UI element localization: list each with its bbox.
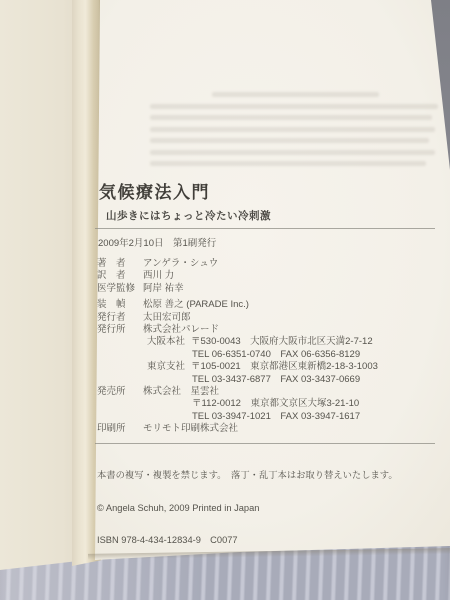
phone-fax: TEL 03-3437-6877 FAX 03-3437-0669	[192, 374, 360, 386]
credit-row-author: 著 者 アンゲラ・シュウ	[97, 258, 435, 270]
address-row-tokyo: 東京支社 〒105-0021 東京都港区東新橋2-18-3-1003	[97, 361, 435, 373]
showthrough-text	[150, 92, 438, 173]
credit-value: 松原 善之 (PARADE Inc.)	[143, 299, 249, 311]
colophon-block: 気候療法入門 山歩きにはちょっと冷たい冷刺激 2009年2月10日 第1刷発行 …	[97, 183, 435, 568]
showthrough-line	[150, 115, 432, 120]
credit-value: 西川 力	[143, 270, 174, 282]
office-address: 〒530-0043 大阪府大阪市北区天満2-7-12	[191, 336, 373, 348]
showthrough-line	[150, 104, 438, 109]
showthrough-line	[212, 92, 379, 97]
address-row-distributor: 〒112-0012 東京都文京区大塚3-21-10	[97, 398, 435, 410]
phone-row-distributor: TEL 03-3947-1021 FAX 03-3947-1617	[97, 411, 435, 423]
office-address: 〒105-0021 東京都港区東新橋2-18-3-1003	[191, 361, 378, 373]
credit-label: 発行所	[97, 324, 143, 336]
divider-rule-bottom	[95, 443, 435, 444]
credit-label: 印刷所	[97, 423, 143, 435]
credit-row-medical-supervisor: 医学監修 阿岸 祐幸	[97, 283, 435, 295]
book-subtitle: 山歩きにはちょっと冷たい冷刺激	[106, 208, 435, 223]
divider-rule-top	[95, 228, 435, 229]
phone-fax: TEL 03-3947-1021 FAX 03-3947-1617	[192, 411, 360, 423]
credit-row-publisher-person: 発行者 太田宏司郎	[97, 312, 435, 324]
showthrough-line	[150, 161, 426, 166]
edition-line: 2009年2月10日 第1刷発行	[98, 235, 435, 249]
phone-fax: TEL 06-6351-0740 FAX 06-6356-8129	[192, 349, 360, 361]
showthrough-line	[150, 150, 435, 155]
phone-row-tokyo: TEL 03-3437-6877 FAX 03-3437-0669	[97, 374, 435, 386]
showthrough-line	[150, 127, 435, 132]
book-colophon-photo: 気候療法入門 山歩きにはちょっと冷たい冷刺激 2009年2月10日 第1刷発行 …	[0, 0, 450, 600]
credit-value: アンゲラ・シュウ	[143, 258, 218, 270]
legal-notes: 本書の複写・複製を禁じます。 落丁・乱丁本はお取り替えいたします。 © Ange…	[97, 449, 435, 569]
credit-label: 著 者	[97, 258, 143, 270]
credit-label: 訳 者	[97, 270, 143, 282]
credit-row-printer: 印刷所 モリモト印刷株式会社	[97, 423, 435, 435]
book-title: 気候療法入門	[99, 183, 435, 203]
credit-row-designer: 装 幀 松原 善之 (PARADE Inc.)	[97, 299, 435, 311]
credit-row-translator: 訳 者 西川 力	[97, 270, 435, 282]
copyright-line: © Angela Schuh, 2009 Printed in Japan	[97, 503, 435, 514]
rights-notice: 本書の複写・複製を禁じます。 落丁・乱丁本はお取り替えいたします。	[97, 470, 435, 481]
credit-value: 株式会社 星雲社	[143, 386, 219, 398]
address-row-osaka: 大阪本社 〒530-0043 大阪府大阪市北区天満2-7-12	[97, 336, 435, 348]
credit-value: 阿岸 祐幸	[143, 283, 184, 295]
credit-row-distributor: 発売所 株式会社 星雲社	[97, 386, 435, 398]
credit-row-publisher-company: 発行所 株式会社パレード	[97, 324, 435, 336]
credit-label: 発売所	[97, 386, 143, 398]
office-address: 〒112-0012 東京都文京区大塚3-21-10	[192, 398, 359, 410]
credit-value: 株式会社パレード	[143, 324, 219, 336]
credit-label: 発行者	[97, 312, 143, 324]
credit-value: モリモト印刷株式会社	[143, 423, 238, 435]
showthrough-line	[150, 138, 429, 143]
office-label: 東京支社	[147, 361, 191, 373]
office-label: 大阪本社	[147, 336, 191, 348]
isbn-line: ISBN 978-4-434-12834-9 C0077	[97, 535, 435, 546]
credit-label: 医学監修	[97, 283, 143, 295]
credit-value: 太田宏司郎	[143, 312, 191, 324]
phone-row-osaka: TEL 06-6351-0740 FAX 06-6356-8129	[97, 349, 435, 361]
credit-label: 装 幀	[97, 299, 143, 311]
